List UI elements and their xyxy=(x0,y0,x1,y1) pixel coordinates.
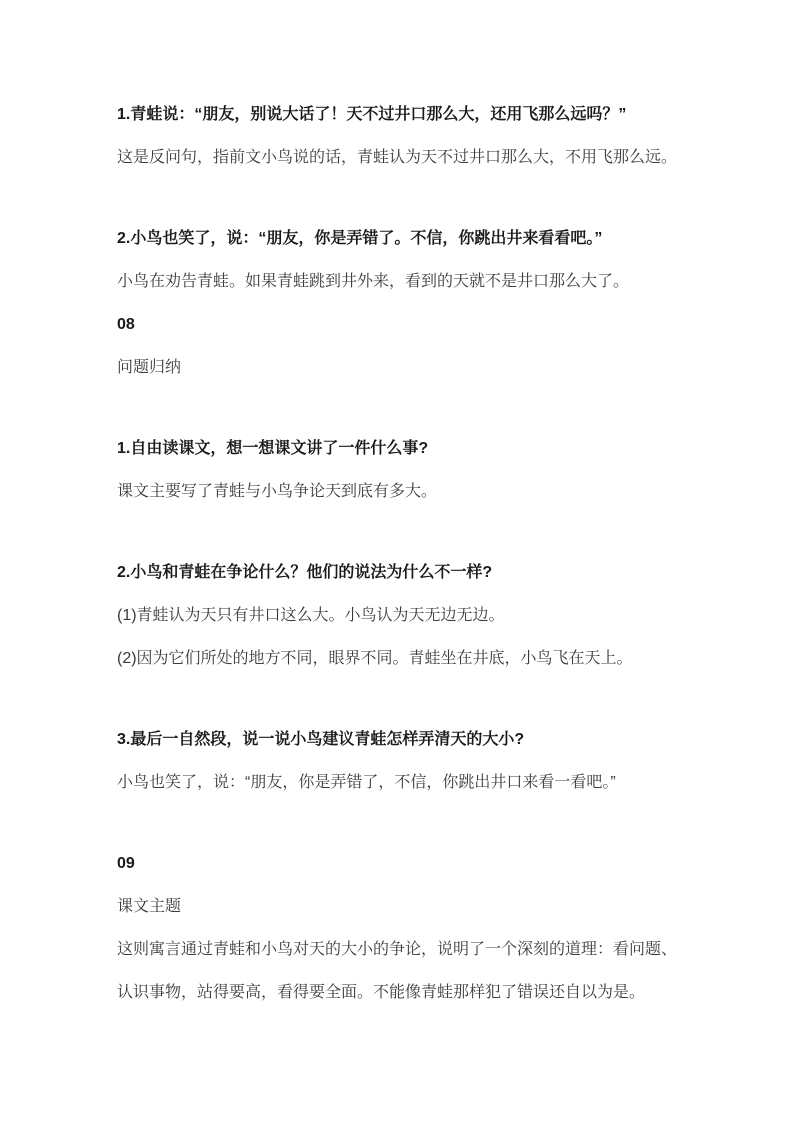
question-3-heading: 3.最后一自然段，说一说小鸟建议青蛙怎样弄清天的大小? xyxy=(117,718,683,761)
question-1-heading: 1.自由读课文，想一想课文讲了一件什么事? xyxy=(117,427,683,470)
section-08-title: 问题归纳 xyxy=(117,346,683,389)
theme-paragraph-line-2: 认识事物，站得要高，看得要全面。不能像青蛙那样犯了错误还自以为是。 xyxy=(117,971,683,1014)
question-1: 1.自由读课文，想一想课文讲了一件什么事? 课文主要写了青蛙与小鸟争论天到底有多… xyxy=(117,427,683,513)
sentence-2-answer: 小鸟在劝告青蛙。如果青蛙跳到井外来，看到的天就不是井口那么大了。 xyxy=(117,260,683,303)
theme-paragraph-line-1: 这则寓言通过青蛙和小鸟对天的大小的争论，说明了一个深刻的道理：看问题、 xyxy=(117,928,683,971)
sentence-1-heading: 1.青蛙说：“朋友，别说大话了！天不过井口那么大，还用飞那么远吗？” xyxy=(117,93,683,136)
sentence-analysis-1: 1.青蛙说：“朋友，别说大话了！天不过井口那么大，还用飞那么远吗？” 这是反问句… xyxy=(117,93,683,179)
question-3-answer: 小鸟也笑了，说：“朋友，你是弄错了，不信，你跳出井口来看一看吧。” xyxy=(117,761,683,804)
section-09-title: 课文主题 xyxy=(117,885,683,928)
document-page: 1.青蛙说：“朋友，别说大话了！天不过井口那么大，还用飞那么远吗？” 这是反问句… xyxy=(0,0,793,1122)
question-2-answer-2: (2)因为它们所处的地方不同，眼界不同。青蛙坐在井底，小鸟飞在天上。 xyxy=(117,637,683,680)
sentence-analysis-2-and-section-08: 2.小鸟也笑了，说：“朋友，你是弄错了。不信，你跳出井来看看吧。” 小鸟在劝告青… xyxy=(117,217,683,389)
question-2-heading: 2.小鸟和青蛙在争论什么？他们的说法为什么不一样? xyxy=(117,551,683,594)
question-1-answer: 课文主要写了青蛙与小鸟争论天到底有多大。 xyxy=(117,470,683,513)
section-09-number: 09 xyxy=(117,842,683,885)
question-3: 3.最后一自然段，说一说小鸟建议青蛙怎样弄清天的大小? 小鸟也笑了，说：“朋友，… xyxy=(117,718,683,804)
question-2: 2.小鸟和青蛙在争论什么？他们的说法为什么不一样? (1)青蛙认为天只有井口这么… xyxy=(117,551,683,680)
section-08-number: 08 xyxy=(117,303,683,346)
section-09-theme: 09 课文主题 这则寓言通过青蛙和小鸟对天的大小的争论，说明了一个深刻的道理：看… xyxy=(117,842,683,1014)
sentence-2-heading: 2.小鸟也笑了，说：“朋友，你是弄错了。不信，你跳出井来看看吧。” xyxy=(117,217,683,260)
sentence-1-answer: 这是反问句，指前文小鸟说的话，青蛙认为天不过井口那么大，不用飞那么远。 xyxy=(117,136,683,179)
question-2-answer-1: (1)青蛙认为天只有井口这么大。小鸟认为天无边无边。 xyxy=(117,594,683,637)
